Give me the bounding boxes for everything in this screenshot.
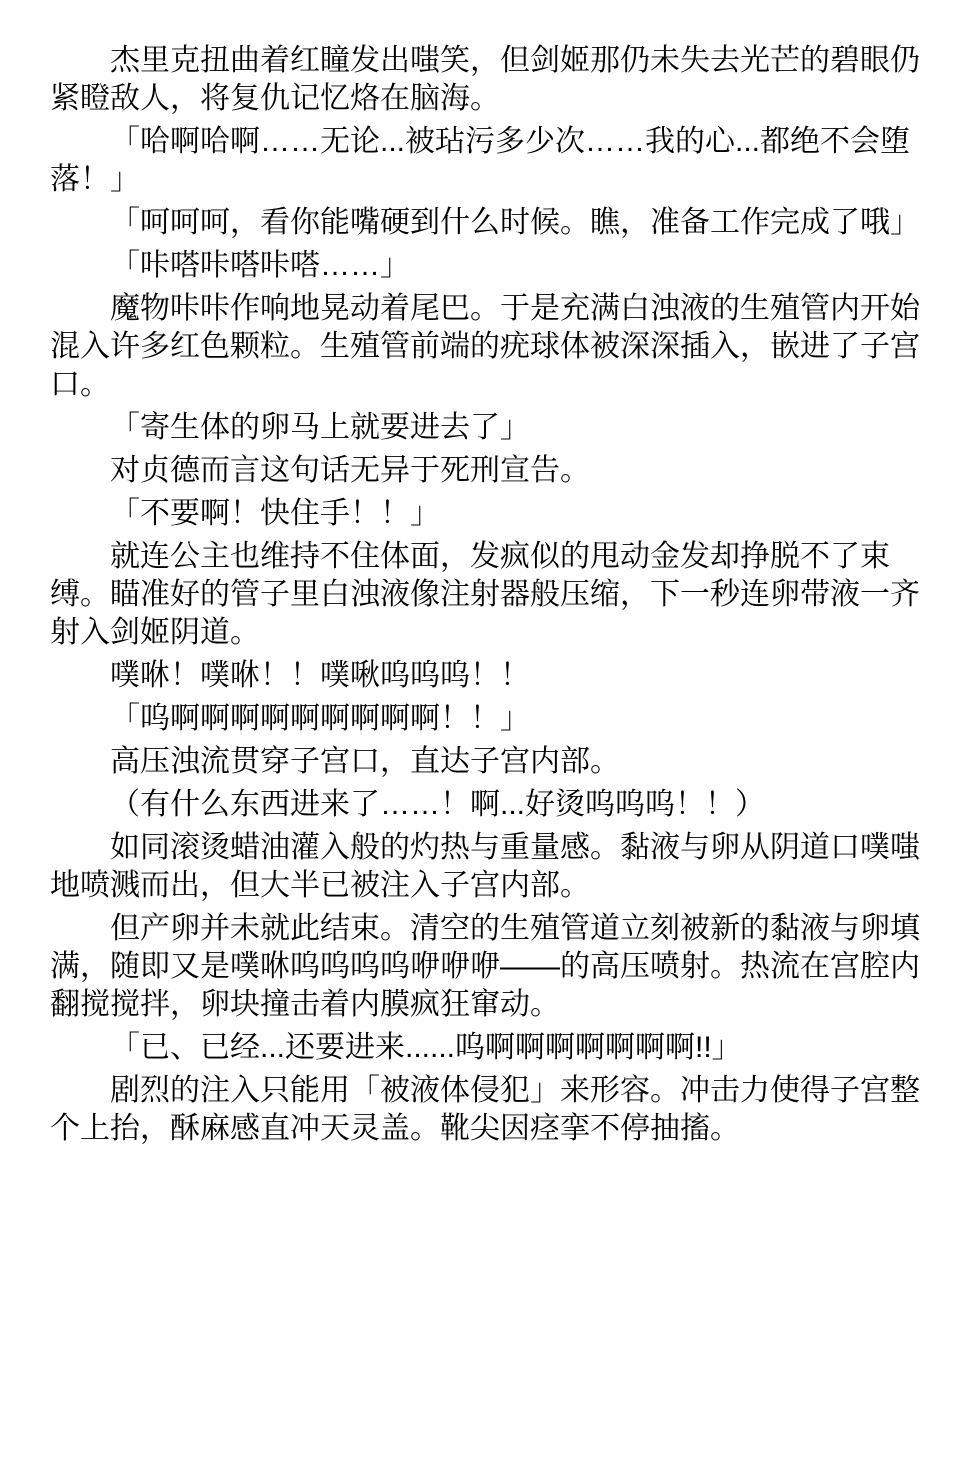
paragraph: 「不要啊！快住手！！」	[50, 495, 930, 533]
paragraph: 「已、已经...还要进来......呜啊啊啊啊啊啊啊!!」	[50, 1029, 930, 1067]
paragraph: 高压浊流贯穿子宫口，直达子宫内部。	[50, 743, 930, 781]
paragraph: 「呵呵呵，看你能嘴硬到什么时候。瞧，准备工作完成了哦」	[50, 204, 930, 242]
paragraph: 魔物咔咔作响地晃动着尾巴。于是充满白浊液的生殖管内开始混入许多红色颗粒。生殖管前…	[50, 290, 930, 404]
novel-page: 杰里克扭曲着红瞳发出嗤笑，但剑姬那仍未失去光芒的碧眼仍紧瞪敌人，将复仇记忆烙在脑…	[0, 0, 974, 1459]
paragraph: （有什么东西进来了……！啊...好烫呜呜呜！！）	[50, 786, 930, 824]
paragraph: 就连公主也维持不住体面，发疯似的甩动金发却挣脱不了束缚。瞄准好的管子里白浊液像注…	[50, 538, 930, 652]
paragraph: 但产卵并未就此结束。清空的生殖管道立刻被新的黏液与卵填满，随即又是噗咻呜呜呜呜咿…	[50, 910, 930, 1024]
paragraph: 「呜啊啊啊啊啊啊啊啊啊！！」	[50, 700, 930, 738]
text-column: 杰里克扭曲着红瞳发出嗤笑，但剑姬那仍未失去光芒的碧眼仍紧瞪敌人，将复仇记忆烙在脑…	[50, 42, 930, 1148]
paragraph: 剧烈的注入只能用「被液体侵犯」来形容。冲击力使得子宫整个上抬，酥麻感直冲天灵盖。…	[50, 1072, 930, 1148]
paragraph: 噗咻！噗咻！！噗啾呜呜呜！！	[50, 657, 930, 695]
paragraph: 「哈啊哈啊……无论...被玷污多少次……我的心...都绝不会堕落！」	[50, 123, 930, 199]
paragraph: 「咔嗒咔嗒咔嗒……」	[50, 247, 930, 285]
paragraph: 「寄生体的卵马上就要进去了」	[50, 409, 930, 447]
paragraph: 对贞德而言这句话无异于死刑宣告。	[50, 452, 930, 490]
paragraph: 如同滚烫蜡油灌入般的灼热与重量感。黏液与卵从阴道口噗嗤地喷溅而出，但大半已被注入…	[50, 829, 930, 905]
paragraph: 杰里克扭曲着红瞳发出嗤笑，但剑姬那仍未失去光芒的碧眼仍紧瞪敌人，将复仇记忆烙在脑…	[50, 42, 930, 118]
